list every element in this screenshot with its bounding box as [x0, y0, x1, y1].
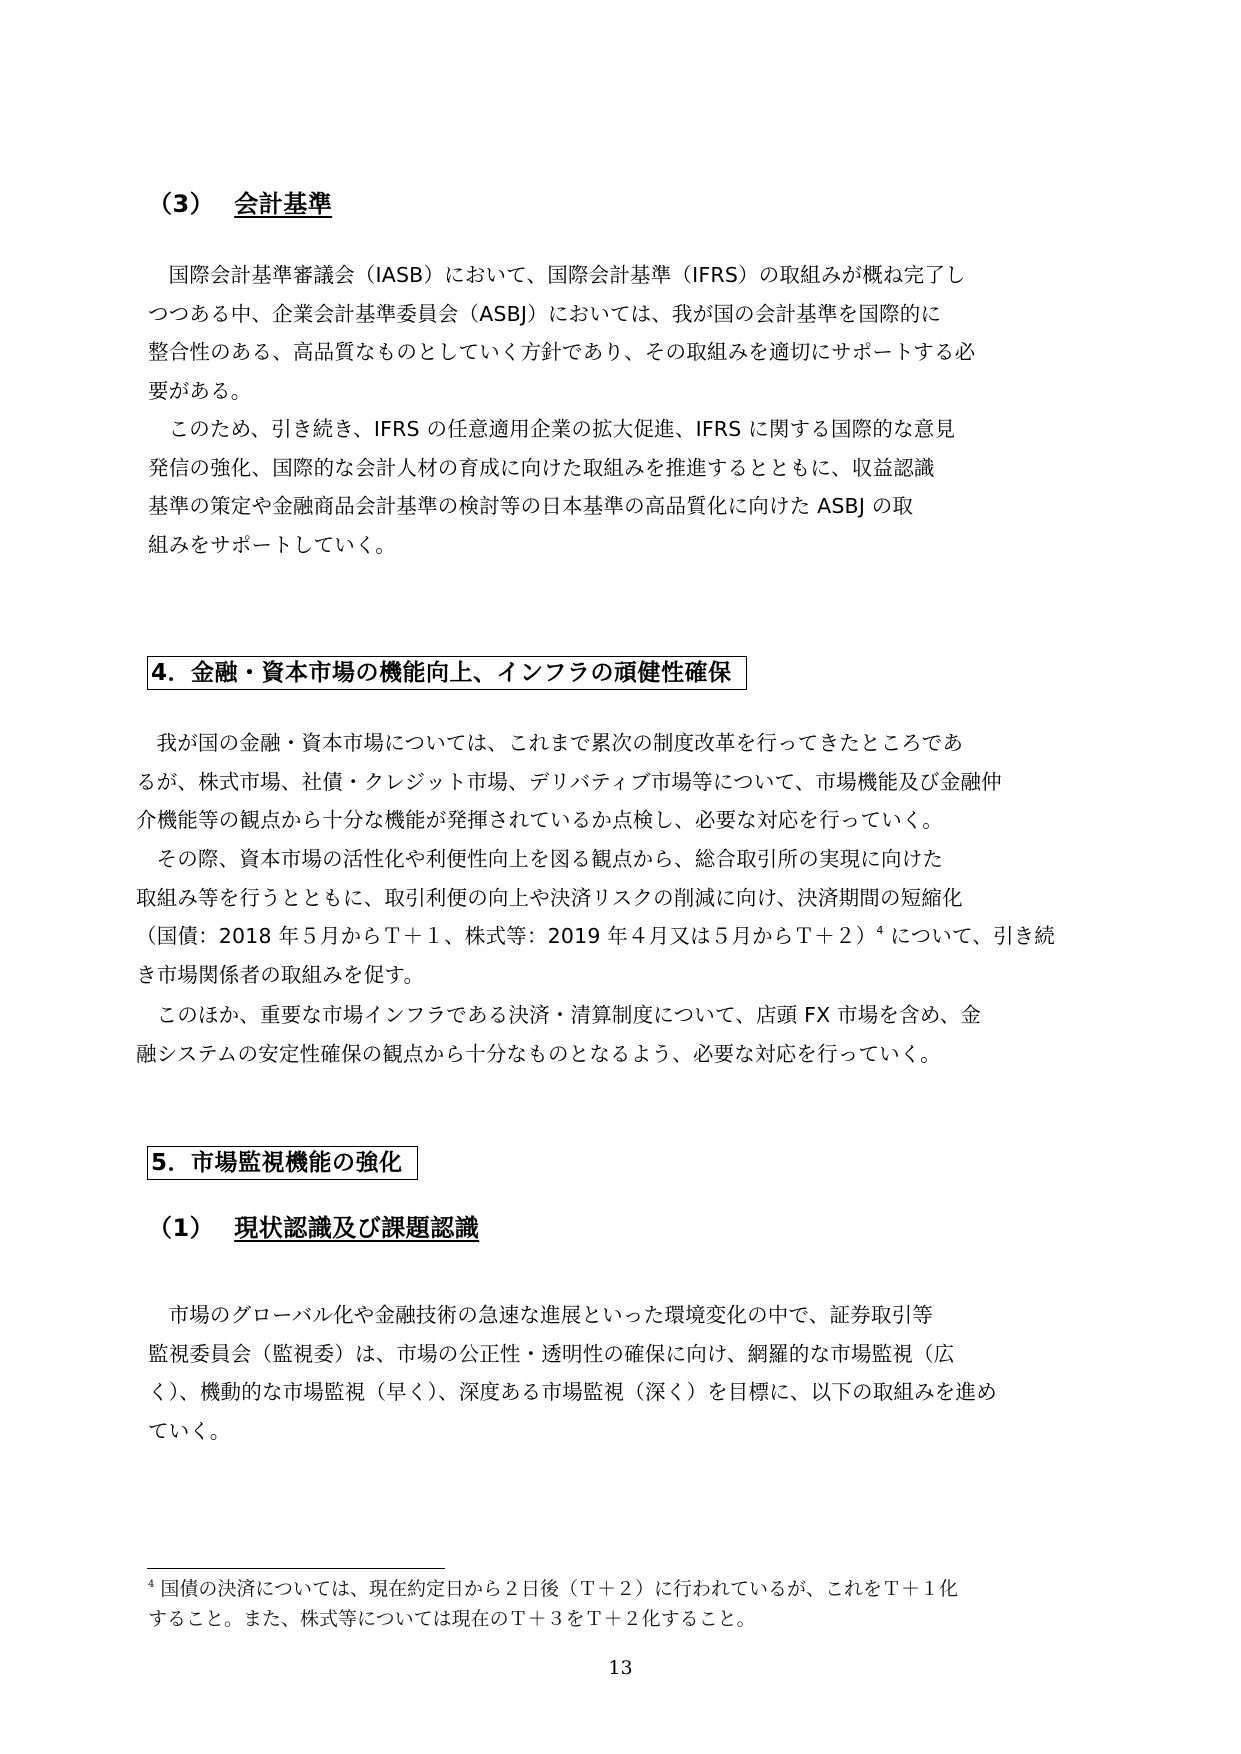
- footnote-marker: 4: [148, 1579, 154, 1590]
- text-line: このため、引き続き、IFRS の任意適用企業の拡大促進、IFRS に関する国際的…: [148, 410, 1098, 449]
- page-number: 13: [0, 1656, 1241, 1680]
- text-line-with-footnote: （国債：2018 年５月からＴ＋１、株式等：2019 年４月又は５月からＴ＋２）…: [136, 917, 1098, 956]
- subsection-number: （3）: [148, 188, 214, 220]
- text-line: その際、資本市場の活性化や利便性向上を図る観点から、総合取引所の実現に向けた: [136, 840, 1098, 879]
- text-line: 基準の策定や金融商品会計基準の検討等の日本基準の高品質化に向けた ASBJ の取: [148, 487, 1098, 526]
- subsection-title: 現状認識及び課題認識: [234, 1214, 479, 1242]
- footnote-line: すること。また、株式等については現在のＴ＋３をＴ＋２化すること。: [148, 1604, 1098, 1634]
- paragraph-accounting-2: このため、引き続き、IFRS の任意適用企業の拡大促進、IFRS に関する国際的…: [148, 410, 1098, 564]
- text-line: 組みをサポートしていく。: [148, 526, 1098, 565]
- text-line: 要がある。: [148, 372, 1098, 411]
- text-line: るが、株式市場、社債・クレジット市場、デリバティブ市場等について、市場機能及び金…: [136, 763, 1098, 802]
- document-page: （3）会計基準 国際会計基準審議会（IASB）において、国際会計基準（IFRS）…: [0, 0, 1241, 1754]
- text-line: ていく。: [148, 1412, 1098, 1451]
- paragraph-surveillance-1: 市場のグローバル化や金融技術の急速な進展といった環境変化の中で、証券取引等 監視…: [148, 1296, 1098, 1450]
- footnote-text: 国債の決済については、現在約定日から２日後（Ｔ＋２）に行われているが、これをＴ＋…: [160, 1578, 958, 1600]
- paragraph-market-1: 我が国の金融・資本市場については、これまで累次の制度改革を行ってきたところであ …: [136, 724, 1098, 840]
- subsection-heading-accounting-standards: （3）会計基準: [148, 188, 332, 220]
- section-title: 5．市場監視機能の強化: [151, 1150, 403, 1176]
- subsection-number: （1）: [148, 1212, 214, 1244]
- text-line: 市場のグローバル化や金融技術の急速な進展といった環境変化の中で、証券取引等: [148, 1296, 1098, 1335]
- subsection-heading-current-issues: （1）現状認識及び課題認識: [148, 1212, 479, 1244]
- text-line: 我が国の金融・資本市場については、これまで累次の制度改革を行ってきたところであ: [136, 724, 1098, 763]
- text-line: 介機能等の観点から十分な機能が発揮されているか点検し、必要な対応を行っていく。: [136, 801, 1098, 840]
- section-heading-market-surveillance: 5．市場監視機能の強化: [147, 1146, 418, 1180]
- text-line: 取組み等を行うとともに、取引利便の向上や決済リスクの削減に向け、決済期間の短縮化: [136, 879, 1098, 918]
- text-segment: （国債：2018 年５月からＴ＋１、株式等：2019 年４月又は５月からＴ＋２）: [136, 924, 876, 948]
- section-title: 4．金融・資本市場の機能向上、インフラの頑健性確保: [151, 660, 732, 686]
- text-line: つつある中、企業会計基準委員会（ASBJ）においては、我が国の会計基準を国際的に: [148, 295, 1098, 334]
- paragraph-market-3: このほか、重要な市場インフラである決済・清算制度について、店頭 FX 市場を含め…: [136, 996, 1098, 1073]
- text-line: このほか、重要な市場インフラである決済・清算制度について、店頭 FX 市場を含め…: [136, 996, 1098, 1035]
- text-line: 国際会計基準審議会（IASB）において、国際会計基準（IFRS）の取組みが概ね完…: [148, 256, 1098, 295]
- footnote-line: 4国債の決済については、現在約定日から２日後（Ｔ＋２）に行われているが、これをＴ…: [148, 1574, 1098, 1604]
- text-line: 発信の強化、国際的な会計人材の育成に向けた取組みを推進するとともに、収益認識: [148, 449, 1098, 488]
- text-line: 監視委員会（監視委）は、市場の公正性・透明性の確保に向け、網羅的な市場監視（広: [148, 1335, 1098, 1374]
- section-heading-financial-markets: 4．金融・資本市場の機能向上、インフラの頑健性確保: [147, 656, 747, 690]
- footnote-reference[interactable]: 4: [876, 924, 883, 937]
- text-line: く）、機動的な市場監視（早く）、深度ある市場監視（深く）を目標に、以下の取組みを…: [148, 1373, 1098, 1412]
- footnote-separator: [147, 1568, 445, 1569]
- paragraph-accounting-1: 国際会計基準審議会（IASB）において、国際会計基準（IFRS）の取組みが概ね完…: [148, 256, 1098, 410]
- paragraph-market-2: その際、資本市場の活性化や利便性向上を図る観点から、総合取引所の実現に向けた 取…: [136, 840, 1098, 994]
- text-line: 融システムの安定性確保の観点から十分なものとなるよう、必要な対応を行っていく。: [136, 1035, 1098, 1074]
- text-line: 整合性のある、高品質なものとしていく方針であり、その取組みを適切にサポートする必: [148, 333, 1098, 372]
- text-segment: について、引き続: [884, 924, 1056, 948]
- footnote-4: 4国債の決済については、現在約定日から２日後（Ｔ＋２）に行われているが、これをＴ…: [148, 1574, 1098, 1634]
- subsection-title: 会計基準: [234, 190, 332, 218]
- text-line: き市場関係者の取組みを促す。: [136, 956, 1098, 995]
